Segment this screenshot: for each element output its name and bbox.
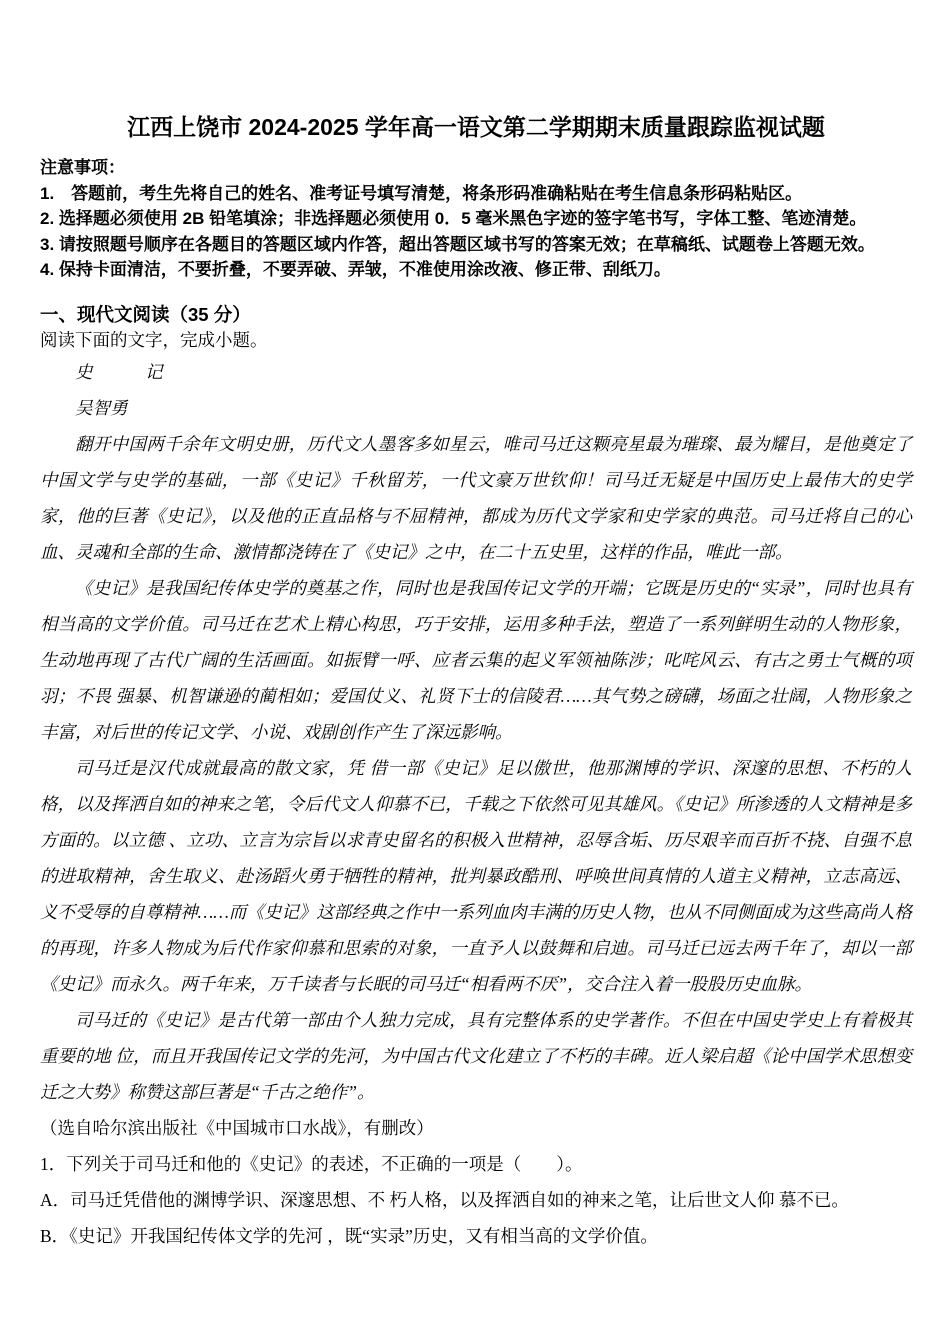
passage-paragraph-4: 司马迁的《史记》是古代第一部由个人独力完成，具有完整体系的史学著作。不但在中国史… (40, 1002, 912, 1110)
passage-title: 史 记 (40, 354, 912, 390)
notice-heading: 注意事项： (40, 155, 912, 181)
exam-title: 江西上饶市 2024-2025 学年高一语文第二学期期末质量跟踪监视试题 (40, 112, 912, 142)
notice-item-2: 2. 选择题必须使用 2B 铅笔填涂；非选择题必须使用 0．5 毫米黑色字迹的签… (40, 206, 912, 232)
notice-item-1: 1. 答题前，考生先将自己的姓名、准考证号填写清楚，将条形码准确粘贴在考生信息条… (40, 181, 912, 207)
notice-item-3: 3. 请按照题号顺序在各题目的答题区域内作答，超出答题区域书写的答案无效；在草稿… (40, 232, 912, 258)
reading-passage: 史 记 吴智勇 翻开中国两千余年文明史册，历代文人墨客多如星云，唯司马迁这颗亮星… (40, 354, 912, 1110)
source-note: （选自哈尔滨出版社《中国城市口水战》，有删改） (40, 1110, 912, 1146)
passage-author: 吴智勇 (40, 390, 912, 426)
passage-paragraph-2: 《史记》是我国纪传体史学的奠基之作，同时也是我国传记文学的开端；它既是历史的“实… (40, 570, 912, 750)
passage-footer-and-questions: （选自哈尔滨出版社《中国城市口水战》，有删改） 1．下列关于司马迁和他的《史记》… (40, 1110, 912, 1254)
reading-instruction: 阅读下面的文字，完成小题。 (40, 327, 912, 354)
passage-paragraph-3: 司马迁是汉代成就最高的散文家，凭 借一部《史记》足以傲世，他那渊博的学识、深邃的… (40, 750, 912, 1002)
exam-page: 江西上饶市 2024-2025 学年高一语文第二学期期末质量跟踪监视试题 注意事… (0, 0, 950, 1344)
question-1-option-b: B．《史记》开我国纪传体文学的先河 ，既“实录”历史，又有相当高的文学价值。 (40, 1218, 912, 1254)
question-1-option-a: A．司马迁凭借他的渊博学识、深邃思想、不 朽人格，以及挥洒自如的神来之笔，让后世… (40, 1182, 912, 1218)
notice-section: 注意事项： 1. 答题前，考生先将自己的姓名、准考证号填写清楚，将条形码准确粘贴… (40, 155, 912, 283)
question-1-stem: 1．下列关于司马迁和他的《史记》的表述，不正确的一项是（ ）。 (40, 1146, 912, 1182)
notice-item-4: 4. 保持卡面清洁，不要折叠，不要弄破、弄皱，不准使用涂改液、修正带、刮纸刀。 (40, 257, 912, 283)
section-one-heading: 一、现代文阅读（35 分） (40, 302, 912, 327)
passage-paragraph-1: 翻开中国两千余年文明史册，历代文人墨客多如星云，唯司马迁这颗亮星最为璀璨、最为耀… (40, 426, 912, 570)
